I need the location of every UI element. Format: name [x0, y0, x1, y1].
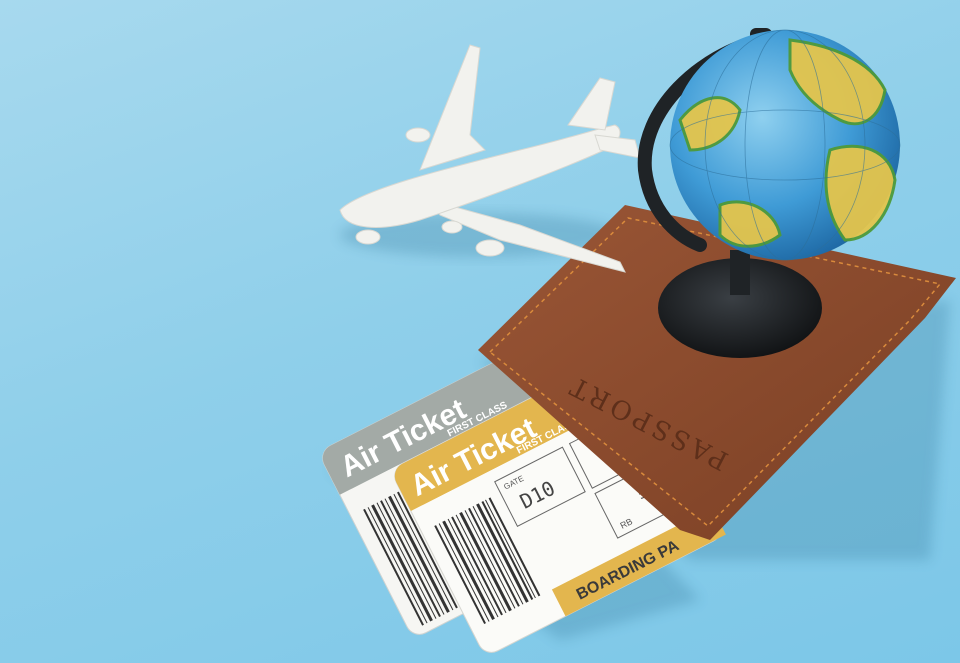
scene-illustration: Air Ticket FIRST CLASS GATE BO Air Ticke…	[0, 0, 960, 663]
travel-scene: Air Ticket FIRST CLASS GATE BO Air Ticke…	[0, 0, 960, 663]
